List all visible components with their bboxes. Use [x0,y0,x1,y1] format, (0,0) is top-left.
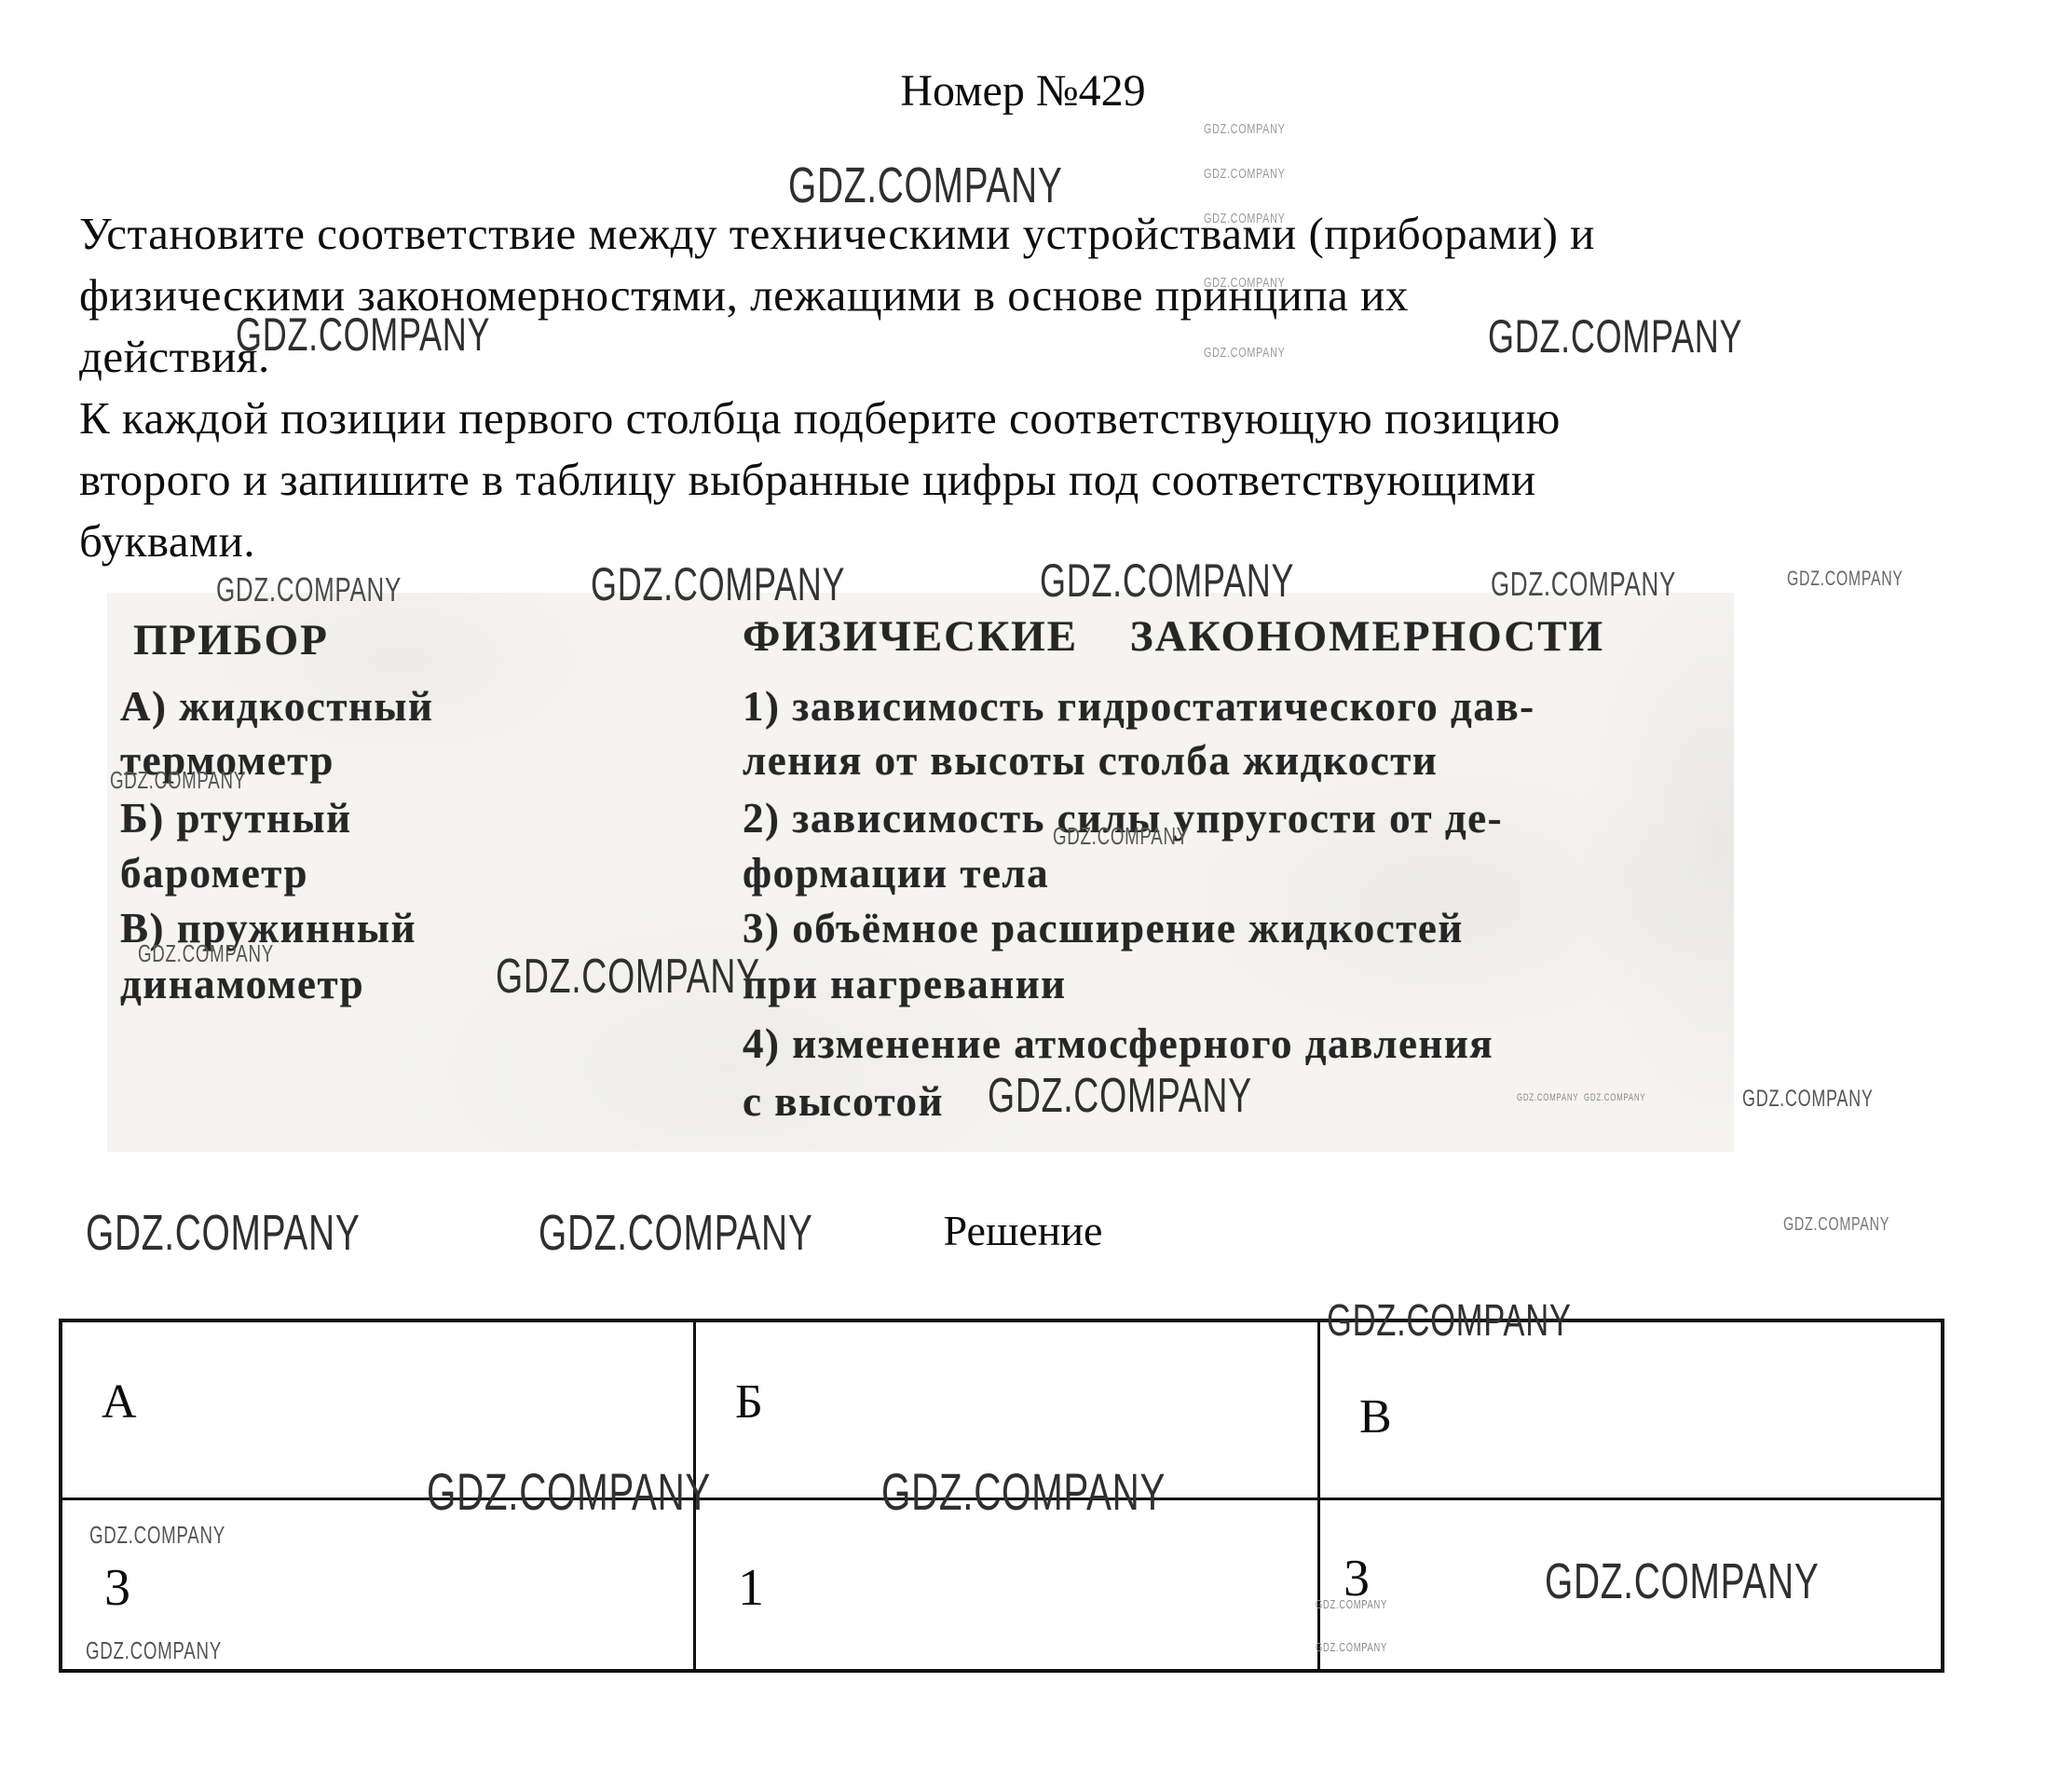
watermark: GDZ.COMPANY [216,570,402,609]
watermark: GDZ.COMPANY [988,1068,1252,1124]
watermark: GDZ.COMPANY [1204,166,1286,182]
watermark: GDZ.COMPANY [110,766,246,795]
textbook-scan: ПРИБОР ФИЗИЧЕСКИЕ ЗАКОНОМЕРНОСТИ А) жидк… [107,593,1734,1152]
problem-text-line: К каждой позиции первого столбца подбери… [79,391,1561,445]
device-item-line: барометр [120,849,308,897]
watermark: GDZ.COMPANY [1545,1553,1819,1610]
column-letter: А [102,1375,137,1429]
law-item-line: 1) зависимость гидростатического дав- [743,682,1535,731]
problem-text-line: второго и запишите в таблицу выбранные ц… [79,453,1536,506]
problem-text-line: Установите соответствие между технически… [79,207,1595,260]
law-item-line: формации тела [743,849,1049,897]
watermark: GDZ.COMPANY [86,1204,360,1262]
watermark: GDZ.COMPANY [1491,565,1676,604]
watermark: GDZ.COMPANY [1488,309,1742,363]
watermark: GDZ.COMPANY [1517,1092,1578,1103]
column-letter: В [1359,1389,1392,1444]
law-item-line: 3) объёмное расширение жидкостей [743,904,1464,952]
law-item-line: ления от высоты столба жидкости [743,736,1438,785]
watermark: GDZ.COMPANY [138,939,274,968]
device-item-line: Б) ртутный [120,794,352,842]
answer-table-header-cell: В [1317,1322,1944,1498]
watermark: GDZ.COMPANY [539,1204,812,1262]
solution-heading: Решение [944,1206,1103,1255]
watermark: GDZ.COMPANY [427,1461,711,1522]
page: Номер №429 Установите соответствие между… [0,0,2046,1792]
watermark: GDZ.COMPANY [89,1521,225,1550]
device-column-header: ПРИБОР [133,615,329,665]
watermark: GDZ.COMPANY [1783,1214,1889,1236]
watermark: GDZ.COMPANY [1327,1295,1572,1347]
watermark: GDZ.COMPANY [236,308,490,362]
watermark: GDZ.COMPANY [1316,1640,1387,1654]
watermark: GDZ.COMPANY [1787,567,1903,591]
watermark: GDZ.COMPANY [496,949,760,1005]
watermark: GDZ.COMPANY [788,157,1062,214]
watermark: GDZ.COMPANY [1584,1092,1645,1103]
device-item-line: А) жидкостный [120,682,433,731]
law-item-line: 4) изменение атмосферного давления [743,1019,1494,1068]
watermark: GDZ.COMPANY [1204,345,1286,361]
law-item-line: при нагревании [743,960,1067,1008]
watermark: GDZ.COMPANY [1204,211,1286,226]
watermark: GDZ.COMPANY [881,1461,1166,1522]
watermark: GDZ.COMPANY [591,557,845,611]
answer-value: 1 [738,1558,764,1618]
watermark: GDZ.COMPANY [1204,121,1286,137]
watermark: GDZ.COMPANY [1204,275,1286,291]
law-item-line: с высотой [743,1077,944,1126]
page-title: Номер №429 [900,65,1145,116]
watermark: GDZ.COMPANY [1316,1597,1387,1611]
answer-value: 3 [104,1558,130,1618]
laws-column-header: ФИЗИЧЕСКИЕ ЗАКОНОМЕРНОСТИ [743,611,1604,662]
watermark: GDZ.COMPANY [1053,822,1189,851]
watermark: GDZ.COMPANY [86,1636,222,1665]
watermark: GDZ.COMPANY [1040,554,1294,608]
watermark: GDZ.COMPANY [1742,1086,1874,1113]
column-letter: Б [735,1375,763,1429]
problem-text-line: буквами. [79,514,255,568]
answer-table-value-cell: 1 [693,1498,1317,1669]
